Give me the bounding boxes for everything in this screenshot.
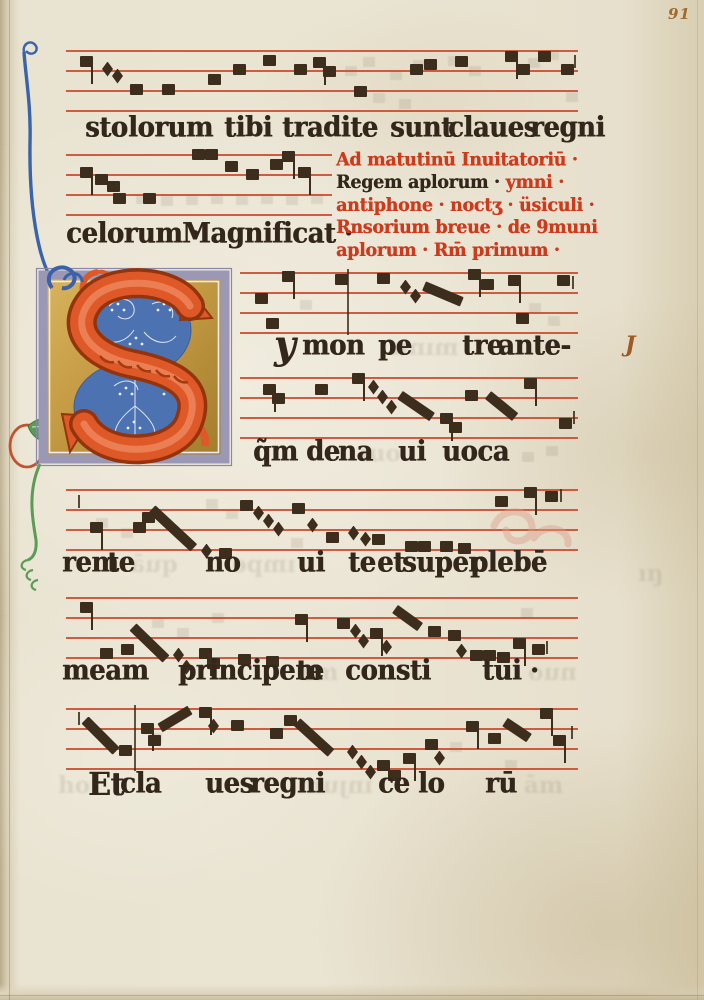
neume: [546, 641, 548, 654]
neume: [337, 618, 350, 629]
staff-line: [66, 708, 578, 710]
neume: [134, 705, 136, 771]
neume: [455, 56, 468, 67]
neume: [270, 728, 283, 739]
chant-text: ues: [205, 768, 254, 800]
neume: [360, 532, 371, 547]
neume: [208, 74, 221, 85]
chant-text: ui: [297, 547, 325, 579]
chant-text: cla: [120, 768, 161, 800]
chant-text: tre: [462, 330, 503, 362]
neume: [481, 279, 494, 290]
chant-text: consti: [345, 655, 431, 687]
neume: [377, 390, 388, 405]
chant-text: na: [338, 436, 373, 468]
neume: [354, 86, 367, 97]
neume: [434, 751, 445, 766]
neume: [347, 745, 358, 760]
staff-line: [66, 50, 578, 52]
chant-text: rū: [485, 768, 517, 800]
page-edge-right: [697, 0, 698, 1000]
chant-text: de: [306, 436, 340, 468]
show-through-curl: [482, 492, 582, 572]
neume: [347, 269, 349, 335]
chant-text: mon: [302, 330, 364, 362]
neume: [246, 169, 259, 180]
neume: [428, 626, 441, 637]
neume-stem: [414, 756, 416, 781]
chant-text: uoca: [442, 436, 509, 468]
neume: [273, 522, 284, 537]
neume: [130, 84, 143, 95]
neume: [553, 735, 566, 746]
neume: [292, 503, 305, 514]
neume: [516, 313, 529, 324]
neume: [372, 534, 385, 545]
neume-stem: [306, 617, 308, 642]
chant-text: lo: [418, 768, 444, 800]
neume: [557, 275, 570, 286]
neume: [370, 628, 383, 639]
blue-flourish: [24, 42, 58, 286]
neume-stem: [293, 154, 295, 179]
chant-text: sunt: [390, 112, 452, 144]
staff-line: [240, 417, 578, 419]
show-through-text: ımpe: [232, 551, 296, 578]
rubric-line: Rnsorium breue · de 9muni: [336, 217, 626, 239]
neume: [540, 708, 553, 719]
chant-text: ui: [398, 436, 426, 468]
neume-stem: [381, 631, 383, 656]
chant-text: tradite: [282, 112, 378, 144]
chant-text: tibi: [224, 112, 272, 144]
neume-stem: [91, 605, 93, 630]
chant-text: Et: [88, 766, 124, 803]
neume: [425, 739, 438, 750]
neume: [162, 84, 175, 95]
show-through-text: ıŋ: [638, 560, 663, 587]
chant-text: lorum: [128, 112, 213, 144]
neume: [323, 66, 336, 77]
chant-text: te: [348, 547, 376, 579]
chant-text: et: [377, 547, 405, 579]
neume: [513, 638, 526, 649]
neume: [78, 712, 80, 725]
neume: [574, 55, 576, 68]
neume: [205, 149, 218, 160]
neume-stem: [293, 274, 295, 299]
chant-text: ante-: [498, 330, 571, 362]
neume: [326, 532, 339, 543]
neume: [448, 630, 461, 641]
neume: [133, 522, 146, 533]
chant-text: Magnificat ·: [182, 218, 352, 250]
neume: [571, 726, 573, 739]
staff-line: [66, 70, 578, 72]
neume: [424, 59, 437, 70]
neume: [255, 293, 268, 304]
neume: [505, 51, 518, 62]
page-edge-bottom: [0, 995, 704, 996]
neume-stem: [551, 711, 553, 736]
neume: [532, 644, 545, 655]
neume-stem: [564, 738, 566, 763]
neume: [559, 418, 572, 429]
neume: [377, 273, 390, 284]
staff: [240, 377, 578, 439]
neume: [468, 269, 481, 280]
neume: [294, 718, 335, 756]
neume: [225, 161, 238, 172]
neume: [488, 733, 501, 744]
staff-line: [240, 292, 578, 294]
show-through-mark: [522, 452, 534, 462]
rubric-text: Regem aplorum ·: [336, 172, 500, 193]
neume: [240, 500, 253, 511]
neume: [352, 373, 365, 384]
neume: [295, 614, 308, 625]
neume: [231, 720, 244, 731]
chant-text: q̃m: [253, 436, 298, 468]
rubric-text: Ad matutinū Inuitatoriū ·: [336, 150, 578, 171]
neume: [192, 149, 205, 160]
neume: [119, 745, 132, 756]
neume-stem: [309, 170, 311, 195]
illuminated-initial-S: [34, 266, 234, 470]
neume: [561, 64, 574, 75]
staff-line: [66, 597, 578, 599]
neume: [449, 422, 462, 433]
neume: [502, 718, 532, 742]
neume: [272, 393, 285, 404]
chant-text: regni: [530, 112, 605, 144]
manuscript-page: 91 mınuıuoquāımpeɛmnuohoıınȷumāmıŋ stolo…: [0, 0, 704, 1000]
rubric-line: Ad matutinū Inuitatoriū ·: [336, 150, 626, 172]
neume: [121, 644, 134, 655]
neume: [368, 380, 379, 395]
neume: [263, 55, 276, 66]
neume: [148, 735, 161, 746]
neume: [403, 753, 416, 764]
rubric-line: antiphone · noctʒ · üsiculi ·: [336, 195, 626, 217]
chant-text: ce: [378, 768, 409, 800]
neume: [572, 276, 574, 289]
neume: [573, 411, 575, 424]
neume: [253, 506, 264, 521]
folio-number: 91: [668, 5, 691, 23]
neume: [465, 390, 478, 401]
neume: [315, 384, 328, 395]
chant-text: y: [274, 321, 295, 368]
neume: [422, 281, 464, 306]
staff: [66, 708, 578, 770]
show-through-text: quā: [130, 551, 178, 578]
neume: [524, 378, 537, 389]
show-through-text: ām: [524, 772, 563, 799]
staff-line: [66, 489, 578, 491]
neume: [233, 64, 246, 75]
neume: [358, 634, 369, 649]
chant-text: regni: [250, 768, 325, 800]
neume: [410, 289, 421, 304]
staff-line: [66, 617, 578, 619]
neume: [282, 271, 295, 282]
staff: [66, 597, 578, 659]
rubric-text: Rnsorium breue · de 9muni: [336, 217, 597, 238]
neume: [298, 167, 311, 178]
neume: [143, 193, 156, 204]
show-through-mark: [546, 446, 558, 456]
neume: [282, 151, 295, 162]
neume-stem: [363, 376, 365, 401]
neume-stem: [535, 381, 537, 406]
neume-stem: [519, 278, 521, 303]
neume: [348, 526, 359, 541]
margin-mark: J: [625, 332, 635, 358]
chant-text: pe: [378, 330, 412, 362]
staff: [66, 50, 578, 112]
neume: [410, 64, 423, 75]
rubric-line: Regem aplorum · ymni ·: [336, 172, 626, 194]
neume: [294, 64, 307, 75]
neume: [466, 721, 479, 732]
neume: [199, 707, 212, 718]
chant-text: meam: [62, 655, 148, 687]
rubric-text: ymni ·: [500, 172, 564, 193]
neume: [263, 514, 274, 529]
rubric-line: aplorum · Rm̄ primum ·: [336, 240, 626, 262]
neume: [386, 400, 397, 415]
rubric-text: aplorum · Rm̄ primum ·: [336, 240, 560, 261]
chant-text: tui ·: [482, 655, 538, 687]
neume: [508, 275, 521, 286]
rubric-block: Ad matutinū Inuitatoriū ·Regem aplorum ·…: [336, 150, 626, 262]
chant-text: te: [296, 655, 324, 687]
neume: [517, 64, 530, 75]
chant-text: claues: [448, 112, 538, 144]
chant-text: no: [205, 547, 240, 579]
neume: [141, 723, 154, 734]
neume: [538, 51, 551, 62]
rubric-text: antiphone · noctʒ · üsiculi ·: [336, 195, 594, 216]
neume-stem: [477, 724, 479, 749]
